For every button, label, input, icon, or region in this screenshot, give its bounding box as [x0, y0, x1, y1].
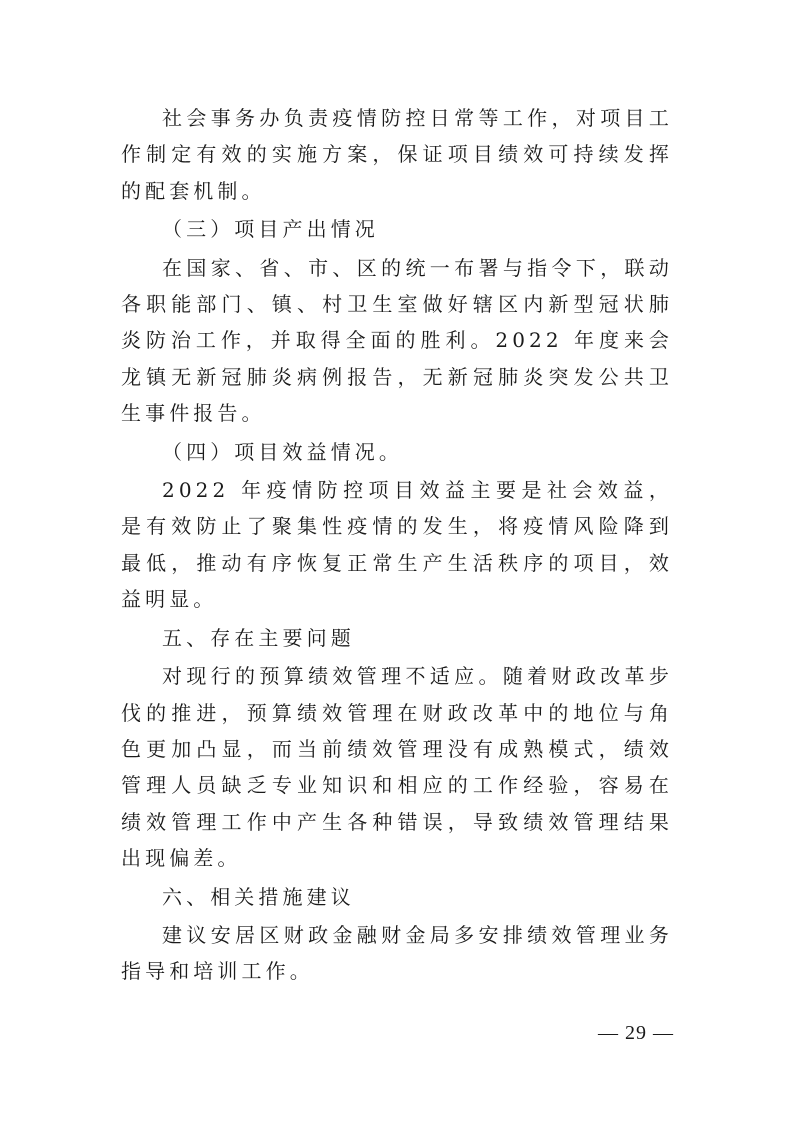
page-number: — 29 —	[598, 1022, 674, 1045]
paragraph-social-affairs: 社会事务办负责疫情防控日常等工作，对项目工作制定有效的实施方案，保证项目绩效可持…	[121, 100, 673, 209]
paragraph-suggestions: 建议安居区财政金融财金局多安排绩效管理业务指导和培训工作。	[121, 917, 673, 990]
document-body: 社会事务办负责疫情防控日常等工作，对项目工作制定有效的实施方案，保证项目绩效可持…	[121, 100, 673, 990]
paragraph-project-benefit: 2022 年疫情防控项目效益主要是社会效益，是有效防止了聚集性疫情的发生，将疫情…	[121, 472, 673, 618]
heading-suggestions: 六、相关措施建议	[121, 879, 673, 915]
heading-project-benefit: （四）项目效益情况。	[121, 434, 673, 470]
heading-project-output: （三）项目产出情况	[121, 211, 673, 247]
paragraph-project-output: 在国家、省、市、区的统一布署与指令下，联动各职能部门、镇、村卫生室做好辖区内新型…	[121, 250, 673, 432]
heading-main-problems: 五、存在主要问题	[121, 620, 673, 656]
paragraph-main-problems: 对现行的预算绩效管理不适应。随着财政改革步伐的推进，预算绩效管理在财政改革中的地…	[121, 658, 673, 876]
